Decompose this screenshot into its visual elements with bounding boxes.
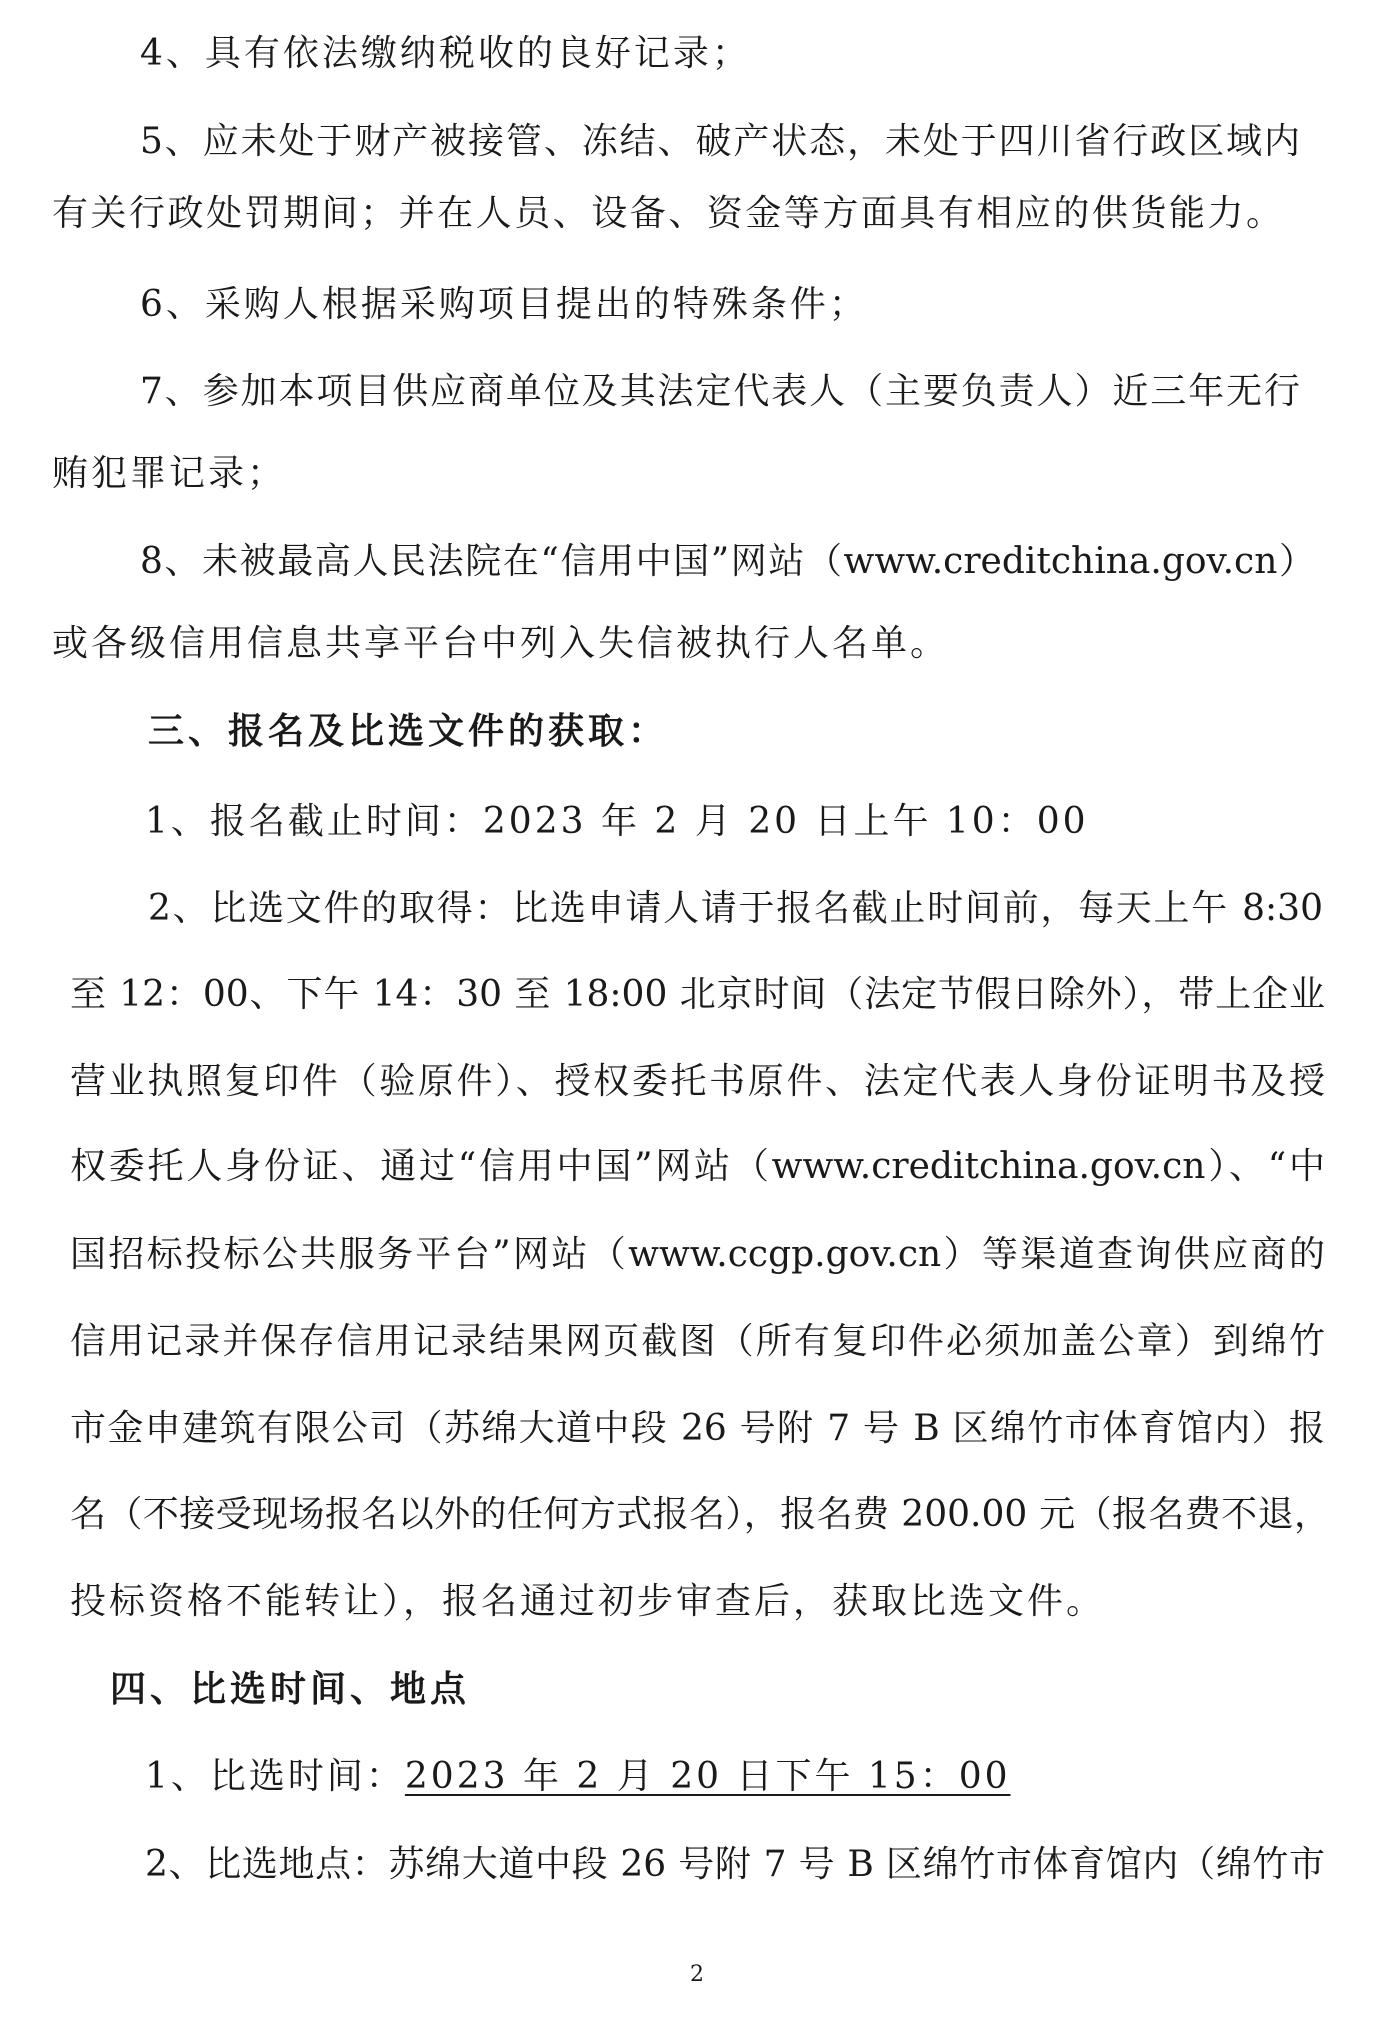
document-acquisition-line-5: 国招标投标公共服务平台”网站（www.ccgp.gov.cn）等渠道查询供应商的: [70, 1233, 1325, 1277]
requirement-5-line-1: 5、应未处于财产被接管、冻结、破产状态，未处于四川省行政区域内: [140, 120, 1300, 164]
bid-time-label: 1、比选时间：: [145, 1756, 405, 1797]
section-4-heading: 四、比选时间、地点: [110, 1668, 470, 1712]
document-acquisition-line-7: 市金申建筑有限公司（苏绵大道中段 26 号附 7 号 B 区绵竹市体育馆内）报: [70, 1407, 1325, 1451]
requirement-7-line-2: 贿犯罪记录；: [52, 452, 286, 496]
document-page: 4、具有依法缴纳税收的良好记录； 5、应未处于财产被接管、冻结、破产状态，未处于…: [0, 0, 1399, 2034]
section-3-heading: 三、报名及比选文件的获取：: [148, 710, 668, 754]
requirement-7-line-1: 7、参加本项目供应商单位及其法定代表人（主要负责人）近三年无行: [140, 370, 1300, 414]
document-acquisition-line-4: 权委托人身份证、通过“信用中国”网站（www.creditchina.gov.c…: [70, 1145, 1325, 1189]
document-acquisition-line-1: 2、比选文件的取得：比选申请人请于报名截止时间前，每天上午 8:30: [148, 887, 1323, 931]
registration-deadline: 1、报名截止时间：2023 年 2 月 20 日上午 10：00: [145, 800, 1089, 844]
requirement-8-line-2: 或各级信用信息共享平台中列入失信被执行人名单。: [52, 622, 949, 666]
bid-location: 2、比选地点：苏绵大道中段 26 号附 7 号 B 区绵竹市体育馆内（绵竹市: [145, 1843, 1325, 1887]
bid-time: 1、比选时间：2023 年 2 月 20 日下午 15：00: [145, 1755, 1011, 1799]
document-acquisition-line-3: 营业执照复印件（验原件）、授权委托书原件、法定代表人身份证明书及授: [70, 1060, 1325, 1104]
requirement-6: 6、采购人根据采购项目提出的特殊条件；: [140, 283, 868, 327]
requirement-5-line-2: 有关行政处罚期间；并在人员、设备、资金等方面具有相应的供货能力。: [52, 192, 1282, 236]
requirement-4: 4、具有依法缴纳税收的良好记录；: [140, 32, 751, 76]
bid-time-value: 2023 年 2 月 20 日下午 15：00: [405, 1756, 1011, 1797]
document-acquisition-line-9: 投标资格不能转让），报名通过初步审查后，获取比选文件。: [70, 1580, 1105, 1624]
document-acquisition-line-6: 信用记录并保存信用记录结果网页截图（所有复印件必须加盖公章）到绵竹: [70, 1320, 1325, 1364]
document-acquisition-line-8: 名（不接受现场报名以外的任何方式报名），报名费 200.00 元（报名费不退，: [70, 1493, 1330, 1537]
page-number: 2: [690, 1962, 704, 1987]
document-acquisition-line-2: 至 12：00、下午 14：30 至 18:00 北京时间（法定节假日除外），带…: [70, 973, 1325, 1017]
requirement-8-line-1: 8、未被最高人民法院在“信用中国”网站（www.creditchina.gov.…: [140, 540, 1315, 584]
